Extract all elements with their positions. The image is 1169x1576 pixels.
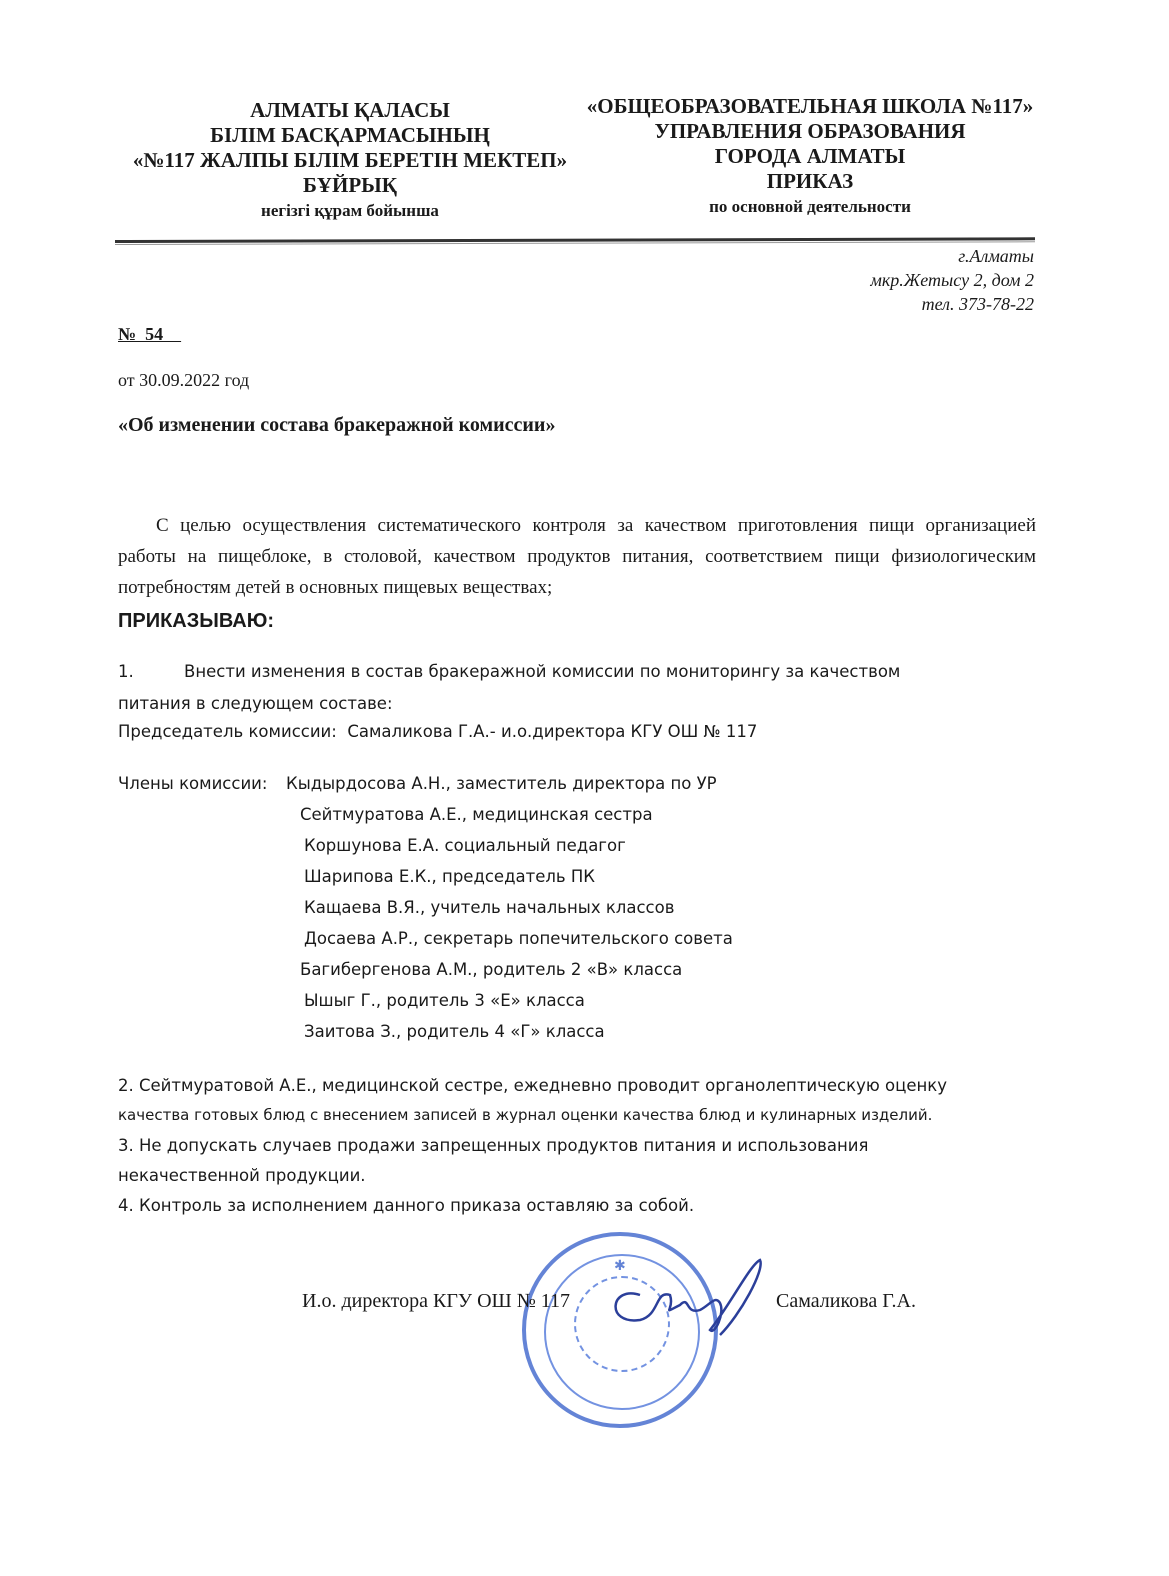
member-item: Кыдырдосова А.Н., заместитель директора … xyxy=(286,774,717,793)
item3-line2: некачественной продукции. xyxy=(118,1166,366,1185)
header-ru-subtitle: по основной деятельности xyxy=(570,194,1050,219)
members-label: Члены комиссии: xyxy=(118,774,267,793)
header-kz-line: БҰЙРЫҚ xyxy=(120,173,580,198)
item4: 4. Контроль за исполнением данного прика… xyxy=(118,1196,694,1215)
item1-text: Внести изменения в состав бракеражной ко… xyxy=(184,662,900,681)
order-date: от 30.09.2022 год xyxy=(118,370,249,391)
header-kz-line: АЛМАТЫ ҚАЛАСЫ xyxy=(120,98,580,123)
header-russian: «ОБЩЕОБРАЗОВАТЕЛЬНАЯ ШКОЛА №117» УПРАВЛЕ… xyxy=(570,94,1050,219)
member-item: Шарипова Е.К., председатель ПК xyxy=(304,867,595,886)
order-title: «Об изменении состава бракеражной комисс… xyxy=(118,414,555,437)
member-item: Коршунова Е.А. социальный педагог xyxy=(304,836,626,855)
address-street: мкр.Жетысу 2, дом 2 xyxy=(870,268,1034,292)
item3-line1: 3. Не допускать случаев продажи запрещен… xyxy=(118,1136,868,1155)
member-item: Заитова З., родитель 4 «Г» класса xyxy=(304,1022,605,1041)
address-block: г.Алматы мкр.Жетысу 2, дом 2 тел. 373-78… xyxy=(870,244,1034,316)
item1-line1: 1.Внести изменения в состав бракеражной … xyxy=(118,662,900,681)
header-ru-line: ГОРОДА АЛМАТЫ xyxy=(570,144,1050,169)
header-ru-line: УПРАВЛЕНИЯ ОБРАЗОВАНИЯ xyxy=(570,119,1050,144)
signer-position: И.о. директора КГУ ОШ № 117 xyxy=(302,1290,570,1313)
preamble: С целью осуществления систематического к… xyxy=(118,510,1036,603)
item1-line2: питания в следующем составе: xyxy=(118,694,393,713)
address-phone: тел. 373-78-22 xyxy=(870,292,1034,316)
address-city: г.Алматы xyxy=(870,244,1034,268)
member-item: Досаева А.Р., секретарь попечительского … xyxy=(304,929,733,948)
item1-number: 1. xyxy=(118,662,184,681)
header-ru-line: «ОБЩЕОБРАЗОВАТЕЛЬНАЯ ШКОЛА №117» xyxy=(570,94,1050,119)
member-item: Багибергенова А.М., родитель 2 «В» класс… xyxy=(300,960,682,979)
chair-value: Самаликова Г.А.- и.о.директора КГУ ОШ № … xyxy=(347,722,757,741)
item2-line1: 2. Сейтмуратовой А.Е., медицинской сестр… xyxy=(118,1076,947,1095)
signer-name: Самаликова Г.А. xyxy=(776,1290,916,1313)
header-kz-line: «№117 ЖАЛПЫ БІЛІМ БЕРЕТІН МЕКТЕП» xyxy=(120,148,580,173)
chair-line: Председатель комиссии: Самаликова Г.А.- … xyxy=(118,722,757,741)
member-item: Сейтмуратова А.Е., медицинская сестра xyxy=(300,805,653,824)
member-item: Кащаева В.Я., учитель начальных классов xyxy=(304,898,674,917)
signature-icon xyxy=(600,1255,780,1345)
order-number: № 54 xyxy=(118,324,181,345)
member-item: Ышыг Г., родитель 3 «Е» класса xyxy=(304,991,585,1010)
header-ru-line: ПРИКАЗ xyxy=(570,169,1050,194)
order-word: ПРИКАЗЫВАЮ: xyxy=(118,610,274,633)
header-kz-line: БІЛІМ БАСҚАРМАСЫНЫҢ xyxy=(120,123,580,148)
item2-line2: качества готовых блюд с внесением записе… xyxy=(118,1106,932,1124)
chair-label: Председатель комиссии: xyxy=(118,722,337,741)
header-kz-subtitle: негізгі құрам бойынша xyxy=(120,198,580,223)
header-kazakh: АЛМАТЫ ҚАЛАСЫ БІЛІМ БАСҚАРМАСЫНЫҢ «№117 … xyxy=(120,98,580,223)
